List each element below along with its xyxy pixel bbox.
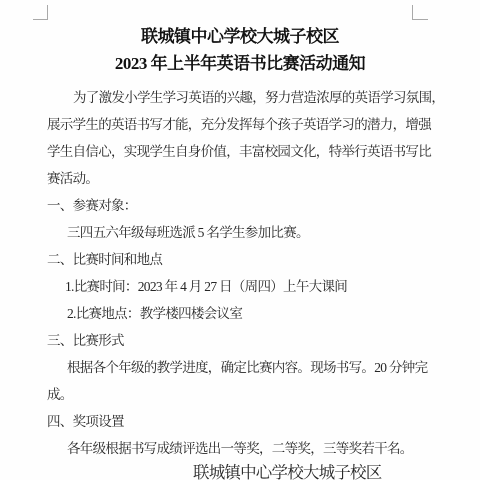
document-title-line2: 2023 年上半年英语书比赛活动通知	[0, 50, 480, 77]
signature-school-name: 联城镇中心学校大城子校区	[0, 462, 480, 480]
intro-paragraph-line3: 学生自信心，实现学生自身价值，丰富校园文化，特举行英语书写比	[0, 138, 480, 165]
section4-body: 各年级根据书写成绩评选出一等奖，二等奖，三等奖若干名。	[0, 435, 480, 462]
section1-body: 三四五六年级每班选派 5 名学生参加比赛。	[0, 219, 480, 246]
section2-heading: 二、比赛时间和地点	[0, 246, 480, 273]
section4-heading: 四、奖项设置	[0, 408, 480, 435]
document-page: 联城镇中心学校大城子校区 2023 年上半年英语书比赛活动通知 为了激发小学生学…	[0, 0, 480, 480]
text-boundary-mark-top-left	[33, 5, 48, 20]
section3-body-line1: 根据各个年级的教学进度，确定比赛内容。现场书写。20 分钟完	[0, 354, 480, 381]
title-body-spacer	[0, 77, 480, 84]
section3-body-line2: 成。	[0, 381, 480, 408]
intro-paragraph-line1: 为了激发小学生学习英语的兴趣，努力营造浓厚的英语学习氛围，	[0, 84, 480, 111]
section2-item2-place: 2.比赛地点：教学楼四楼会议室	[0, 300, 480, 327]
section2-item1-time: 1.比赛时间：2023 年 4 月 27 日（周四）上午大课间	[0, 273, 480, 300]
intro-paragraph-line2: 展示学生的英语书写才能，充分发挥每个孩子英语学习的潜力，增强	[0, 111, 480, 138]
notice-document: 联城镇中心学校大城子校区 2023 年上半年英语书比赛活动通知 为了激发小学生学…	[0, 24, 480, 480]
text-boundary-mark-top-right	[412, 5, 428, 20]
section1-heading: 一、参赛对象：	[0, 192, 480, 219]
intro-paragraph-line4: 赛活动。	[0, 165, 480, 192]
section3-heading: 三、比赛形式	[0, 327, 480, 354]
document-title-line1: 联城镇中心学校大城子校区	[0, 24, 480, 50]
